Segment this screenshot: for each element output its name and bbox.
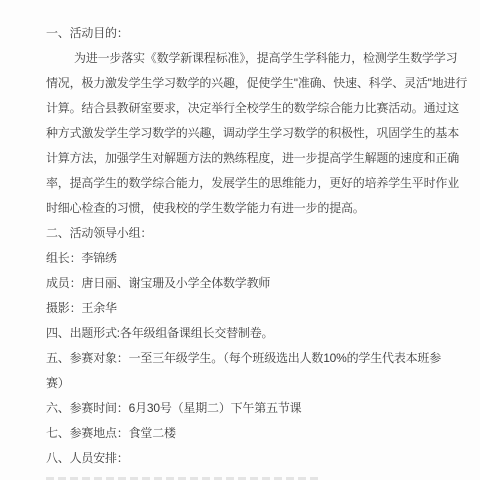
line-group-leader: 组长：李锦绣 [46,246,444,271]
document-page: 一、活动目的： 为进一步落实《数学新课程标准》，提高学生学科能力，检测学生数学学… [0,0,480,480]
line-competition-place: 七、参赛地点：食堂二楼 [46,421,444,446]
paragraph-purpose-line: 计算。结合县教研室要求，决定举行全校学生的数学综合能力比赛活动。通过这 [46,96,444,121]
paragraph-purpose-line: 种方式激发学生学习数学的兴趣，调动学生学习数学的积极性，巩固学生的基本 [46,121,444,146]
paragraph-purpose-line: 计算方法，加强学生对解题方法的熟练程度，进一步提高学生解题的速度和正确 [46,146,444,171]
line-members: 成员：唐日丽、谢宝珊及小学全体数学教师 [46,271,444,296]
line-photographer: 摄影：王余华 [46,296,444,321]
paragraph-purpose-line: 时细心检查的习惯，使我校的学生数学能力有进一步的提高。 [46,196,444,221]
line-competition-time: 六、参赛时间：6月30号（星期二）下午第五节课 [46,396,444,421]
heading-personnel-arrangement: 八、人员安排： [46,446,444,471]
line-participants: 五、参赛对象：一至三年级学生。（每个班级选出人数10%的学生代表本班参 [46,346,444,371]
paragraph-purpose-line: 为进一步落实《数学新课程标准》，提高学生学科能力，检测学生数学学习 [46,46,444,71]
heading-activity-purpose: 一、活动目的： [46,21,444,46]
paragraph-purpose-line: 情况，极力激发学生学习数学的兴趣，促使学生"准确、快速、科学、灵活"地进行 [46,71,444,96]
line-question-format: 四、出题形式:各年级组备课组长交替制卷。 [46,321,444,346]
paragraph-purpose-line: 率，提高学生的数学综合能力，发展学生的思维能力，更好的培养学生平时作业 [46,171,444,196]
line-participants-continued: 赛） [46,371,444,396]
heading-leading-group: 二、活动领导小组： [46,221,444,246]
